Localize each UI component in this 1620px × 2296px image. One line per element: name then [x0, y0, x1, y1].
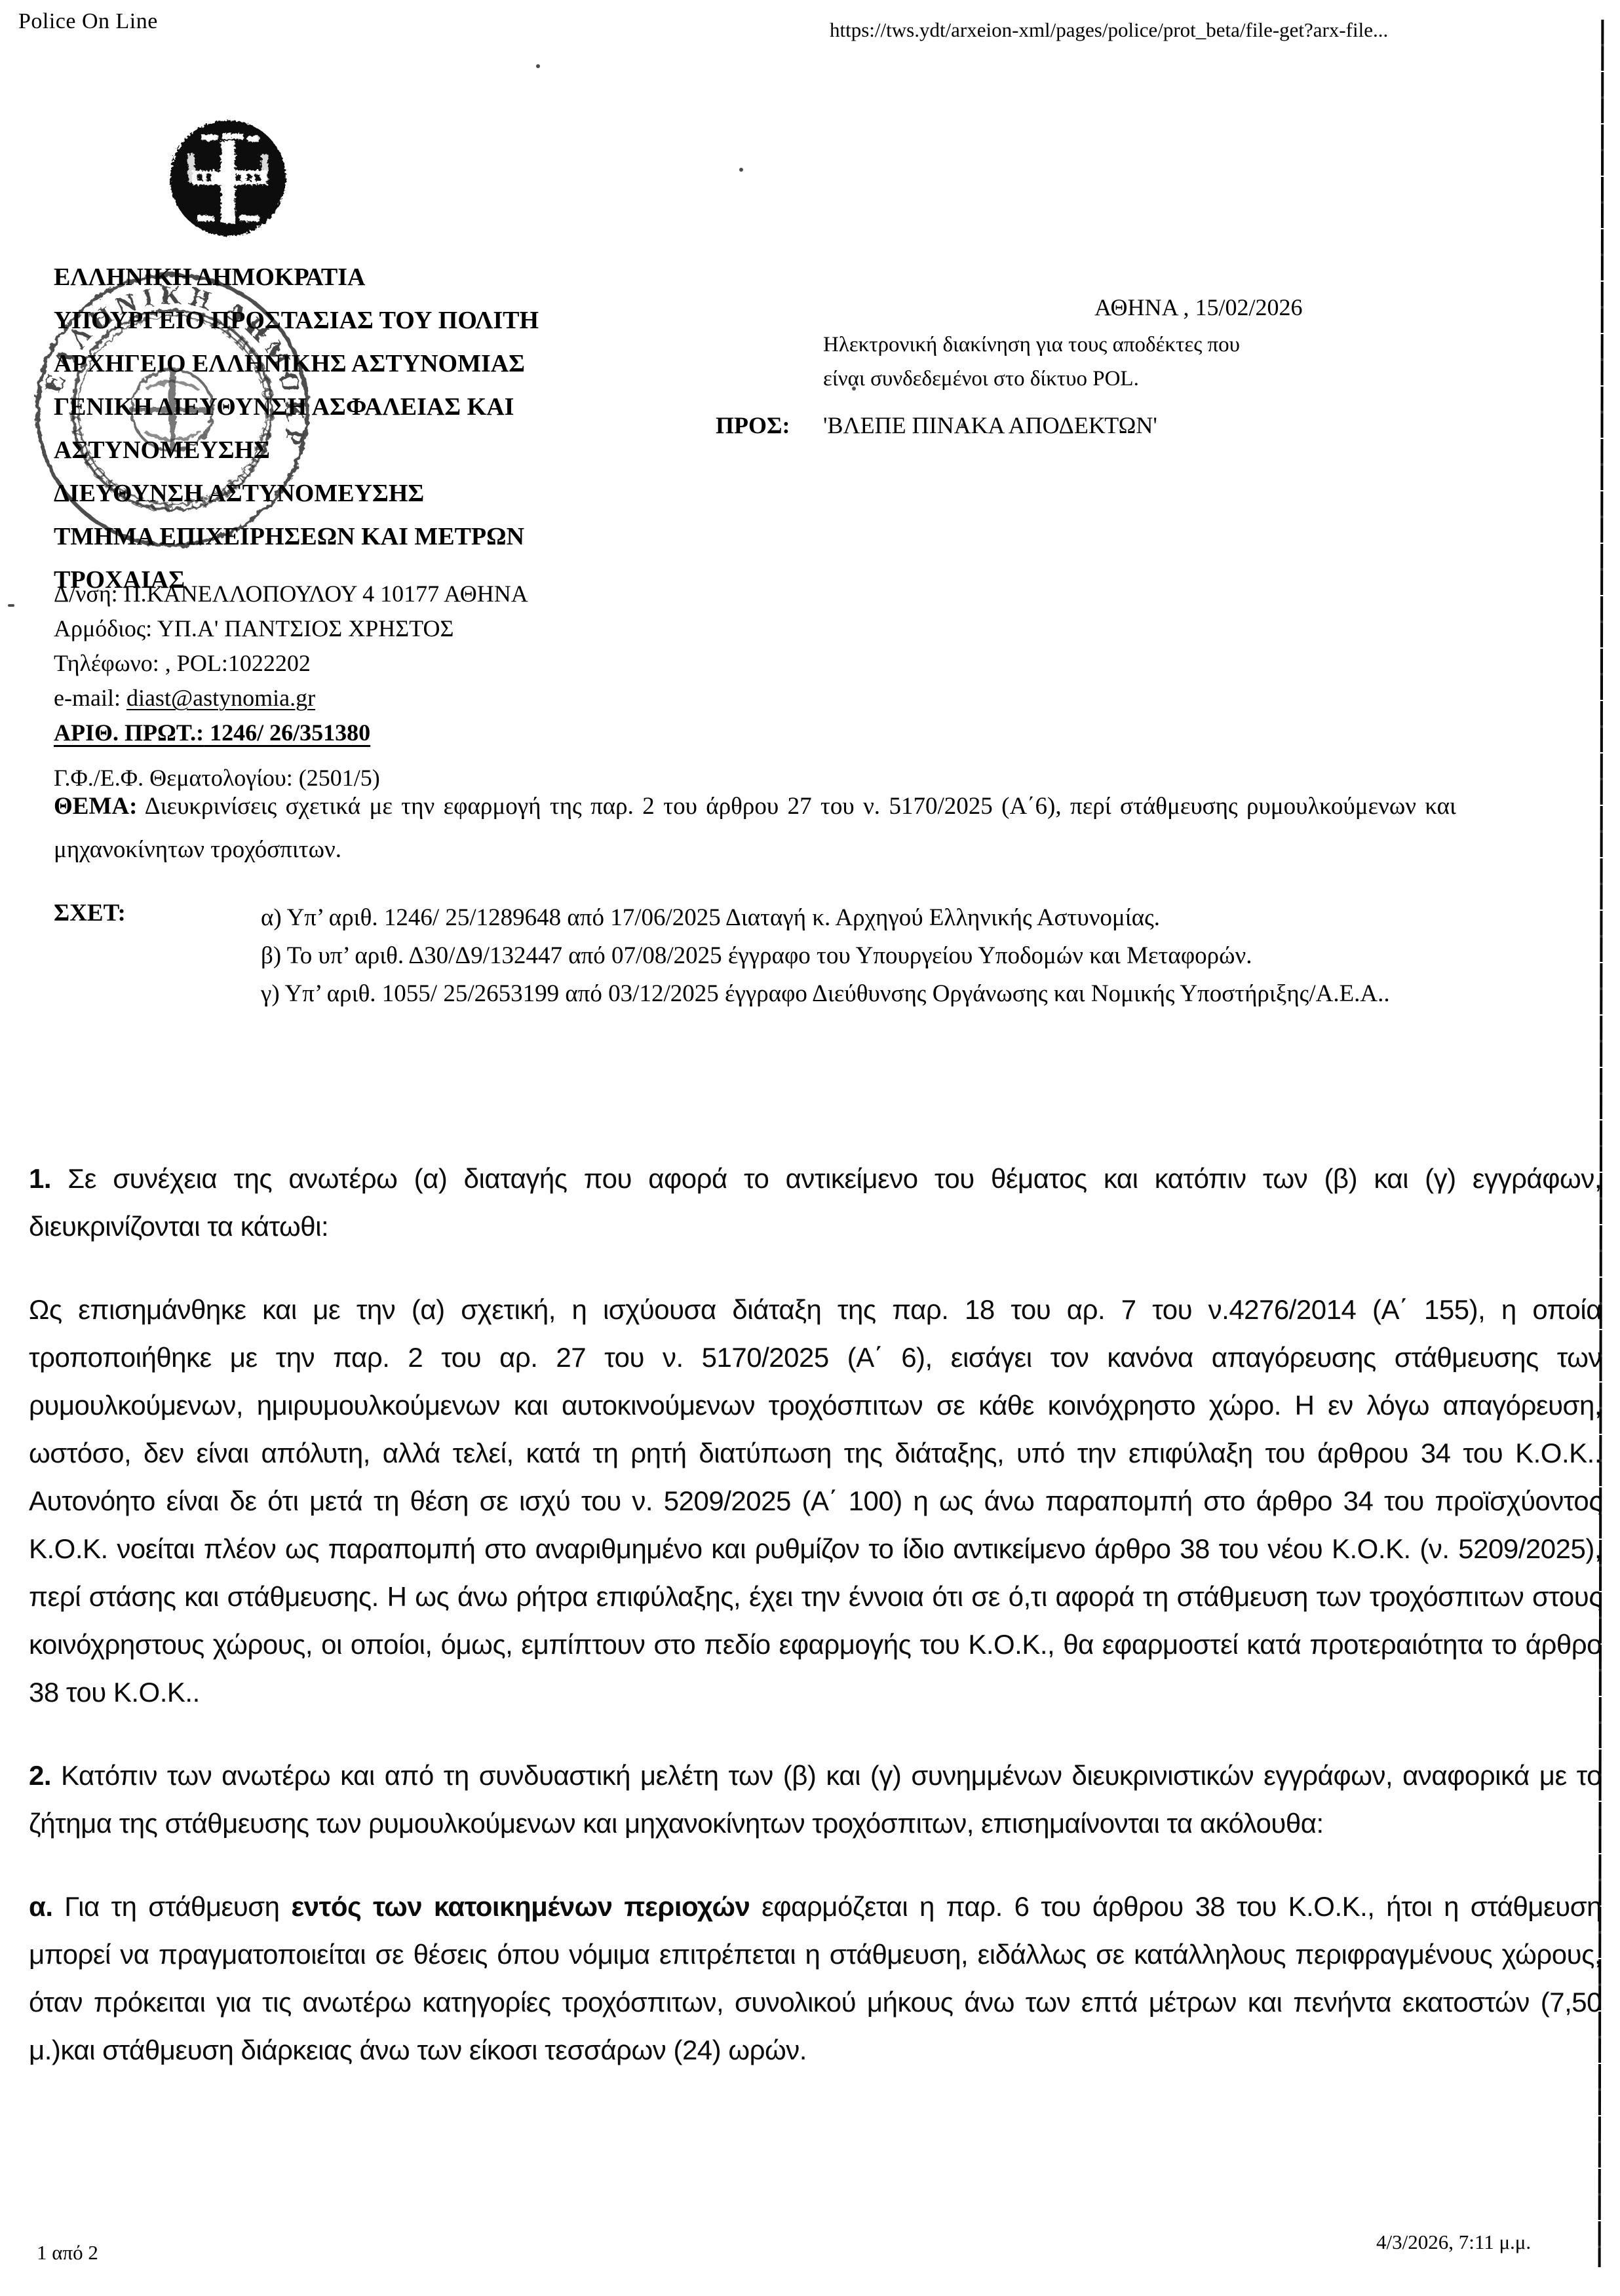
paragraph-4-bold-phrase: εντός των κατοικημένων περιοχών — [291, 1891, 750, 1922]
print-header-title: Police On Line — [18, 9, 158, 34]
contact-address: Δ/νση: Π.ΚΑΝΕΛΛΟΠΟΥΛΟΥ 4 10177 ΑΘΗΝΑ — [54, 577, 528, 611]
scan-speck — [536, 64, 540, 68]
police-emblem-icon — [164, 114, 292, 242]
contact-email-line: e-mail: diast@astynomia.gr — [54, 681, 528, 716]
subject-text: Διευκρινίσεις σχετικά με την εφαρμογή τη… — [54, 793, 1456, 863]
scan-speck — [8, 604, 14, 607]
paragraph-4-number: α. — [29, 1891, 53, 1922]
paragraph-3-text: Κατόπιν των ανωτέρω και από τη συνδυαστι… — [29, 1760, 1602, 1839]
letterhead-line: ΑΣΤΥΝΟΜΕΥΣΗΣ — [54, 429, 539, 472]
protocol-value: 1246/ 26/351380 — [204, 719, 370, 746]
contact-phone: Τηλέφωνο: , POL:1022202 — [54, 646, 528, 681]
document-page: Police On Line https://tws.ydt/arxeion-x… — [0, 0, 1620, 2296]
contact-email-value: diast@astynomia.gr — [126, 685, 315, 711]
letterhead-line: ΕΛΛΗΝΙΚΗ ΔΗΜΟΚΡΑΤΙΑ — [54, 256, 539, 299]
scan-speck — [739, 168, 743, 172]
protocol-label: ΑΡΙΘ. ΠΡΩΤ.: — [54, 719, 204, 746]
letterhead-line: ΥΠΟΥΡΓΕΙΟ ΠΡΟΣΤΑΣΙΑΣ ΤΟΥ ΠΟΛΙΤΗ — [54, 299, 539, 342]
contact-email-label: e-mail: — [54, 685, 126, 711]
paragraph-3: 2. Κατόπιν των ανωτέρω και από τη συνδυα… — [29, 1751, 1602, 1847]
dispatch-note-line2: είναι συνδεδεμένοι στο δίκτυο POL. — [823, 367, 1139, 391]
print-header-url: https://tws.ydt/arxeion-xml/pages/police… — [830, 18, 1388, 42]
page-number: 1 από 2 — [37, 2241, 98, 2265]
recipient-label: ΠΡΟΣ: — [716, 411, 823, 439]
letterhead-line: ΓΕΝΙΚΗ ΔΙΕΥΘΥΝΣΗ ΑΣΦΑΛΕΙΑΣ ΚΑΙ — [54, 385, 539, 429]
letterhead-line: ΑΡΧΗΓΕΙΟ ΕΛΛΗΝΙΚΗΣ ΑΣΤΥΝΟΜΙΑΣ — [54, 342, 539, 385]
paragraph-1-number: 1. — [29, 1163, 51, 1194]
paragraph-4-text-pre: Για τη στάθμευση — [53, 1891, 292, 1922]
paragraph-4: α. Για τη στάθμευση εντός των κατοικημέν… — [29, 1883, 1602, 2074]
paragraph-3-number: 2. — [29, 1760, 51, 1791]
contact-officer: Αρμόδιος: ΥΠ.Α' ΠΑΝΤΣΙΟΣ ΧΡΗΣΤΟΣ — [54, 611, 528, 646]
letterhead-line: ΔΙΕΥΘΥΝΣΗ ΑΣΤΥΝΟΜΕΥΣΗΣ — [54, 472, 539, 515]
city-date: ΑΘΗΝΑ , 15/02/2026 — [1094, 294, 1303, 321]
subject-label: ΘΕΜΑ: — [54, 793, 137, 820]
reference-item: γ) Υπ’ αριθ. 1055/ 25/2653199 από 03/12/… — [261, 975, 1404, 1013]
reference-item: α) Υπ’ αριθ. 1246/ 25/1289648 από 17/06/… — [261, 899, 1404, 937]
letterhead-line: ΤΜΗΜΑ ΕΠΙΧΕΙΡΗΣΕΩΝ ΚΑΙ ΜΕΤΡΩΝ — [54, 515, 539, 558]
document-body: 1. Σε συνέχεια της ανωτέρω (α) διαταγής … — [29, 1155, 1602, 2109]
print-datetime: 4/3/2026, 7:11 μ.μ. — [1376, 2230, 1531, 2254]
file-reference: Γ.Φ./Ε.Φ. Θεματολογίου: (2501/5) — [54, 761, 528, 795]
subject: ΘΕΜΑ: Διευκρινίσεις σχετικά με την εφαρμ… — [54, 785, 1456, 871]
protocol-number-line: ΑΡΙΘ. ΠΡΩΤ.: 1246/ 26/351380 — [54, 716, 528, 750]
paragraph-2: Ως επισημάνθηκε και με την (α) σχετική, … — [29, 1286, 1602, 1716]
recipient-line: ΠΡΟΣ:'ΒΛΕΠΕ ΠΙΝΑΚΑ ΑΠΟΔΕΚΤΩΝ' — [716, 411, 1157, 439]
contact-block: Δ/νση: Π.ΚΑΝΕΛΛΟΠΟΥΛΟΥ 4 10177 ΑΘΗΝΑ Αρμ… — [54, 577, 528, 795]
references: ΣΧΕΤ: α) Υπ’ αριθ. 1246/ 25/1289648 από … — [54, 899, 1404, 1013]
dispatch-note-line1: Ηλεκτρονική διακίνηση για τους αποδέκτες… — [823, 333, 1240, 357]
recipient-value: 'ΒΛΕΠΕ ΠΙΝΑΚΑ ΑΠΟΔΕΚΤΩΝ' — [823, 412, 1157, 438]
letterhead: ΕΛΛΗΝΙΚΗ ΔΗΜΟΚΡΑΤΙΑ ΥΠΟΥΡΓΕΙΟ ΠΡΟΣΤΑΣΙΑΣ… — [54, 256, 539, 602]
reference-item: β) Το υπ’ αριθ. Δ30/Δ9/132447 από 07/08/… — [261, 937, 1404, 975]
references-label: ΣΧΕΤ: — [54, 899, 261, 1013]
paragraph-1: 1. Σε συνέχεια της ανωτέρω (α) διαταγής … — [29, 1155, 1602, 1250]
paragraph-1-text: Σε συνέχεια της ανωτέρω (α) διαταγής που… — [29, 1163, 1602, 1242]
references-items: α) Υπ’ αριθ. 1246/ 25/1289648 από 17/06/… — [261, 899, 1404, 1013]
